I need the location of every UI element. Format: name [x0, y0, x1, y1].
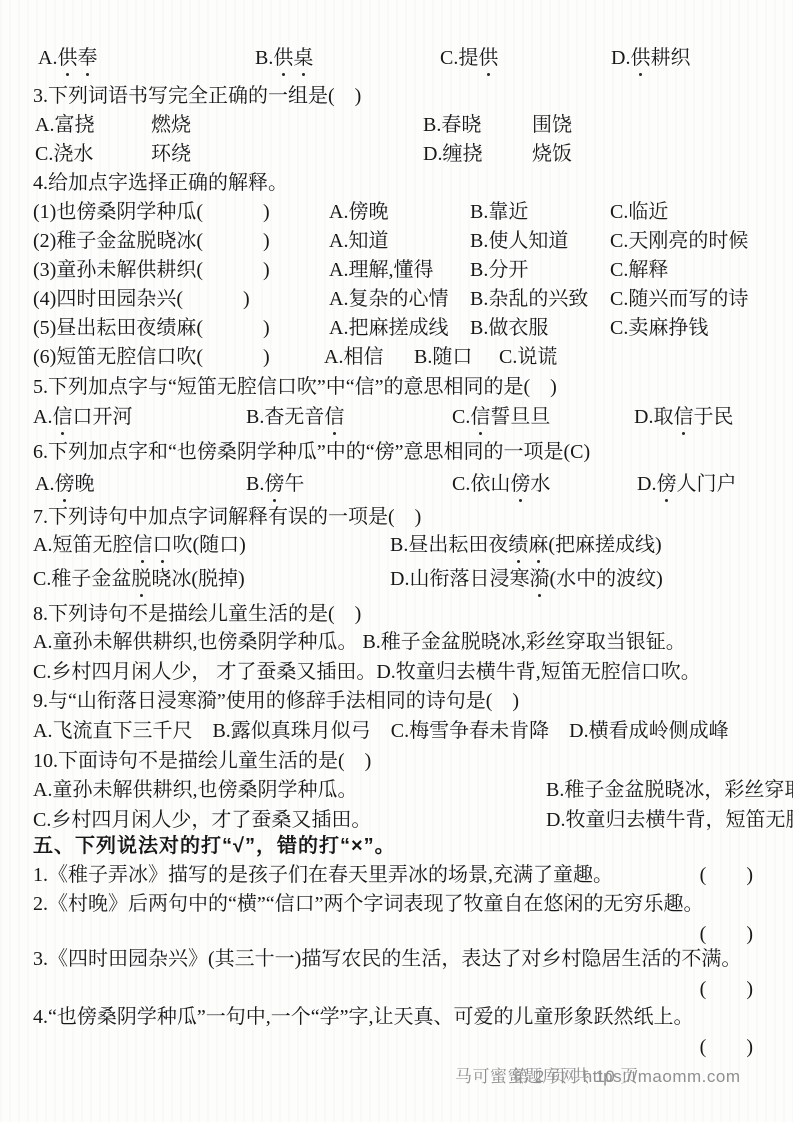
tf-item-3: 3.《四时田园杂兴》(其三十一)描写农民的生活，表达了对乡村隐居生活的不满。 [33, 945, 759, 975]
option-b: B.靠近 [470, 198, 528, 227]
option-c: C.说谎 [499, 343, 557, 372]
dotted-char: 口 [152, 531, 172, 560]
option-a: A.傍晚 [35, 470, 94, 499]
dotted-char: 供 [630, 44, 650, 73]
dotted-char: 信 [52, 403, 72, 432]
question-4-subitem-6: (6)短笛无腔信口吹( ) A.相信 B.随口 C.说谎 [33, 343, 759, 373]
question-5-stem: 5.下列加点字与“短笛无腔信口吹”中“信”的意思相同的是( ) [33, 373, 759, 403]
option-c: C.依山傍水 [452, 470, 550, 499]
option-c: C.天刚亮的时候 [610, 227, 748, 256]
option-d: D.牧童归去横牛背，短笛无腔信口吹。 [546, 806, 793, 835]
section-5-heading: 五、下列说法对的打“√”，错的打“×”。 [33, 832, 759, 861]
subitem-stem: (6)短笛无腔信口吹( ) [33, 343, 270, 372]
question-10-stem: 10.下面诗句不是描绘儿童生活的是( ) [33, 747, 759, 776]
question-4-subitem-5: (5)昼出耘田夜绩麻( ) A.把麻搓成线 B.做衣服 C.卖麻挣钱 [33, 314, 759, 343]
dotted-char: 傍 [264, 470, 284, 499]
question-4-stem: 4.给加点字选择正确的解释。 [33, 169, 759, 198]
exam-page: A.供奉 B.供桌 C.提供 D.供耕织 3.下列词语书写完全正确的一组是( )… [0, 0, 793, 1122]
option-c: C.临近 [610, 198, 668, 227]
option-a: A.傍晚 [329, 198, 388, 227]
question-10-options-row: C.乡村四月闲人少，才了蚕桑又插田。 D.牧童归去横牛背，短笛无腔信口吹。 [33, 806, 759, 832]
question-6-stem: 6.下列加点字和“也傍桑阴学种瓜”中的“傍”意思相同的一项是(C) [33, 438, 759, 470]
question-8-options-row: A.童孙未解供耕织,也傍桑阴学种瓜。 B.稚子金盆脱晓冰,彩丝穿取当银钲。 [33, 628, 759, 658]
question-7-options-row: A.短笛无腔信口吹(随口) B.昼出耘田夜绩麻(把麻搓成线) [33, 531, 759, 565]
option-c: C.浇水 [35, 140, 93, 169]
question-4-subitem-1: (1)也傍桑阴学种瓜( ) A.傍晚 B.靠近 C.临近 [33, 198, 759, 227]
question-4-subitem-2: (2)稚子金盆脱晓冰( ) A.知道 B.使人知道 C.天刚亮的时候 [33, 227, 759, 256]
option-a-word2: 燃烧 [151, 111, 191, 140]
tf-item-4-answer-blank: ( ) [33, 1033, 759, 1063]
option-a: A.把麻搓成线 [329, 314, 448, 343]
question-9-stem: 9.与“山衔落日浸寒漪”使用的修辞手法相同的诗句是( ) [33, 687, 759, 717]
option-b: B.昼出耘田夜绩麻(把麻搓成线) [390, 531, 662, 560]
question-10-options-row: A.童孙未解供耕织,也傍桑阴学种瓜。 B.稚子金盆脱晓冰，彩丝穿取当银钲。 [33, 776, 759, 806]
question-5-options-row: A.信口开河 B.杳无音信 C.信誓旦旦 D.取信于民 [33, 403, 759, 438]
dotted-char: 信 [132, 531, 152, 560]
option-a: A.短笛无腔信口吹(随口) [33, 531, 246, 560]
option-b: B.随口 [414, 343, 472, 372]
dotted-char: 傍 [510, 470, 530, 499]
dotted-char: 麻 [528, 531, 548, 560]
dotted-char: 信 [324, 403, 344, 432]
option-d-word2: 烧饭 [532, 140, 572, 169]
option-c: C.解释 [610, 256, 668, 285]
subitem-stem: (1)也傍桑阴学种瓜( ) [33, 198, 270, 227]
option-c: C.稚子金盆脱晓冰(脱掉) [33, 565, 245, 594]
dotted-char: 供 [57, 44, 77, 73]
option-b: B.使人知道 [470, 227, 568, 256]
dotted-char: 傍 [656, 470, 676, 499]
option-c: C.信誓旦旦 [452, 403, 550, 432]
dotted-char: 傍 [54, 470, 74, 499]
dotted-char: 脱 [131, 565, 151, 594]
subitem-stem: (4)四时田园杂兴( ) [33, 285, 250, 314]
tf-item-2-answer-blank: ( ) [33, 920, 759, 945]
option-b: B.做衣服 [470, 314, 548, 343]
option-a: A.知道 [329, 227, 388, 256]
option-c: C.随兴而写的诗 [610, 285, 748, 314]
option-a: A.供奉 [38, 44, 97, 73]
question-3-options-row: A.富挠 燃烧 B.春晓 围饶 [33, 111, 759, 140]
option-b: B.供桌 [255, 44, 313, 73]
option-a: A.信口开河 [33, 403, 132, 432]
dotted-char: 供 [273, 44, 293, 73]
question-8-stem: 8.下列诗句不是描绘儿童生活的是( ) [33, 600, 759, 628]
option-b: B.杳无音信 [246, 403, 344, 432]
option-d: D.傍人门户 [637, 470, 736, 499]
question-4-subitem-3: (3)童孙未解供耕织( ) A.理解,懂得 B.分开 C.解释 [33, 256, 759, 285]
tf-item-2: 2.《村晚》后两句中的“横”“信口”两个字词表现了牧童自在悠闲的无穷乐趣。 [33, 890, 759, 920]
question-3-stem: 3.下列词语书写完全正确的一组是( ) [33, 82, 759, 111]
option-b-word2: 围饶 [532, 111, 572, 140]
question-7-stem: 7.下列诗句中加点字词解释有误的一项是( ) [33, 503, 759, 531]
option-a: A.复杂的心情 [329, 285, 448, 314]
tf-item-4: 4.“也傍桑阴学种瓜”一句中,一个“学”字,让天真、可爱的儿童形象跃然纸上。 [33, 1003, 759, 1033]
statement-text: 1.《稚子弄冰》描写的是孩子们在春天里弄冰的场景,充满了童趣。 [33, 861, 613, 890]
question-6-options-row: A.傍晚 B.傍午 C.依山傍水 D.傍人门户 [33, 470, 759, 503]
question-7-options-row: C.稚子金盆脱晓冰(脱掉) D.山衔落日浸寒漪(水中的波纹) [33, 565, 759, 600]
option-a: A.理解,懂得 [329, 256, 433, 285]
question-3-options-row: C.浇水 环绕 D.缠挠 烧饭 [33, 140, 759, 169]
answer-blank: ( ) [700, 861, 753, 890]
option-b: B.春晓 [423, 111, 481, 140]
options-row-gong: A.供奉 B.供桌 C.提供 D.供耕织 [33, 44, 759, 82]
option-b: B.杂乱的兴致 [470, 285, 588, 314]
exam-content: A.供奉 B.供桌 C.提供 D.供耕织 3.下列词语书写完全正确的一组是( )… [33, 44, 759, 1063]
option-d: D.山衔落日浸寒漪(水中的波纹) [390, 565, 663, 594]
option-a: A.相信 [324, 343, 383, 372]
option-d: D.供耕织 [611, 44, 690, 73]
dotted-char: 绩 [508, 531, 528, 560]
question-4-subitem-4: (4)四时田园杂兴( ) A.复杂的心情 B.杂乱的兴致 C.随兴而写的诗 [33, 285, 759, 314]
option-c-word2: 环绕 [151, 140, 191, 169]
option-b: B.傍午 [246, 470, 304, 499]
dotted-char: 信 [470, 403, 490, 432]
option-c: C.乡村四月闲人少，才了蚕桑又插田。 [33, 806, 371, 835]
option-c: C.卖麻挣钱 [610, 314, 708, 343]
dotted-char: 供 [478, 44, 498, 73]
option-d: D.缠挠 [423, 140, 482, 169]
question-9-options-row: A.飞流直下三千尺 B.露似真珠月似弓 C.梅雪争春未肯降 D.横看成岭侧成峰 [33, 717, 759, 747]
subitem-stem: (5)昼出耘田夜绩麻( ) [33, 314, 270, 343]
dotted-char: 奉 [77, 44, 97, 73]
subitem-stem: (2)稚子金盆脱晓冰( ) [33, 227, 270, 256]
question-8-options-row: C.乡村四月闲人少， 才了蚕桑又插田。D.牧童归去横牛背,短笛无腔信口吹。 [33, 658, 759, 687]
option-c: C.提供 [440, 44, 498, 73]
dotted-char: 漪 [529, 565, 549, 594]
subitem-stem: (3)童孙未解供耕织( ) [33, 256, 270, 285]
option-d: D.取信于民 [634, 403, 733, 432]
option-a: A.童孙未解供耕织,也傍桑阴学种瓜。 [33, 776, 357, 805]
dotted-char: 桌 [293, 44, 313, 73]
dotted-char: 信 [673, 403, 693, 432]
footer-page-number: 第 2 页 共 10 页 [512, 1062, 638, 1087]
option-b: B.分开 [470, 256, 528, 285]
option-a: A.富挠 [35, 111, 94, 140]
tf-item-3-answer-blank: ( ) [33, 975, 759, 1003]
tf-item-1: 1.《稚子弄冰》描写的是孩子们在春天里弄冰的场景,充满了童趣。 ( ) [33, 861, 759, 890]
option-b: B.稚子金盆脱晓冰，彩丝穿取当银钲。 [546, 776, 793, 805]
